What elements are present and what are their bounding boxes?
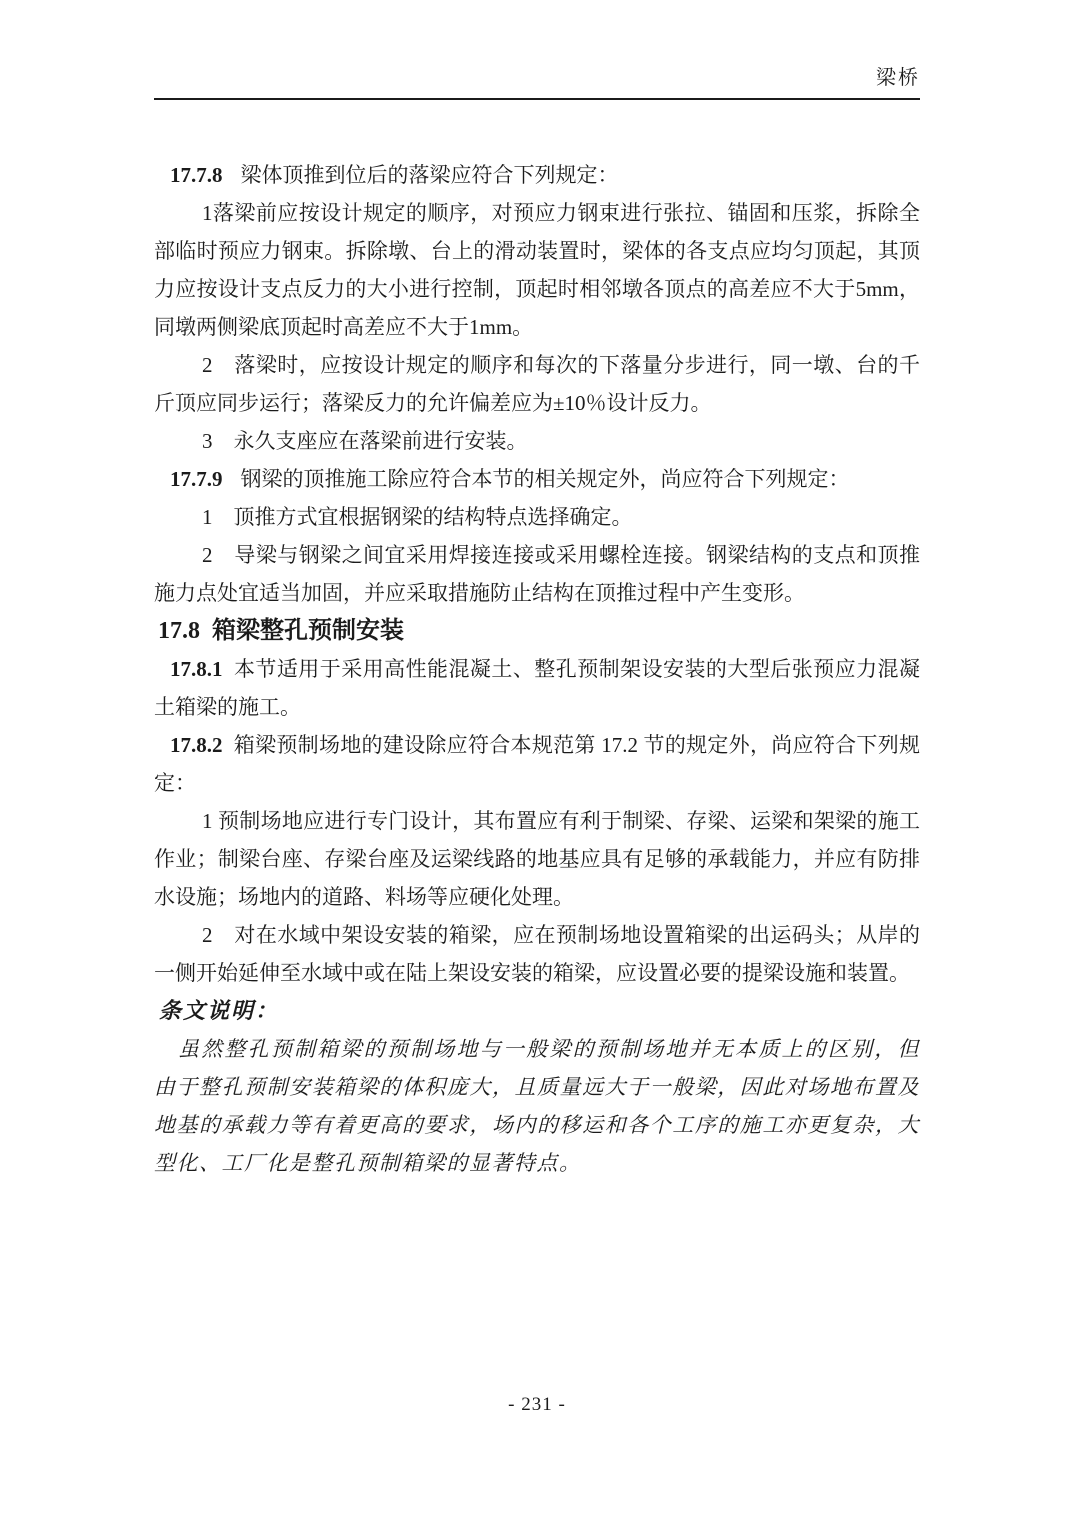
section-17-8-heading: 17.8箱梁整孔预制安装 bbox=[154, 612, 920, 650]
clause-17-8-2-item-2: 2 对在水域中架设安装的箱梁，应在预制场地设置箱梁的出运码头；从岸的一侧开始延伸… bbox=[154, 916, 920, 992]
clause-number: 17.8.1 bbox=[170, 657, 223, 681]
clause-17-7-8-item-3: 3 永久支座应在落梁前进行安装。 bbox=[154, 422, 920, 460]
document-body: 17.7.8梁体顶推到位后的落梁应符合下列规定： 1落梁前应按设计规定的顺序，对… bbox=[154, 156, 920, 1182]
clause-title: 梁体顶推到位后的落梁应符合下列规定： bbox=[241, 163, 619, 187]
clause-17-7-9-item-1: 1 顶推方式宜根据钢梁的结构特点选择确定。 bbox=[154, 498, 920, 536]
clause-17-8-1-paragraph: 17.8.1本节适用于采用高性能混凝土、整孔预制架设安装的大型后张预应力混凝土箱… bbox=[154, 650, 920, 726]
section-title: 箱梁整孔预制安装 bbox=[212, 618, 404, 644]
clause-17-7-8-item-1: 1落梁前应按设计规定的顺序，对预应力钢束进行张拉、锚固和压浆，拆除全部临时预应力… bbox=[154, 194, 920, 346]
page-header: 梁桥 bbox=[154, 0, 920, 100]
running-title: 梁桥 bbox=[876, 67, 920, 89]
clause-number: 17.7.9 bbox=[170, 467, 223, 491]
clause-17-7-8-heading: 17.7.8梁体顶推到位后的落梁应符合下列规定： bbox=[154, 156, 920, 194]
document-page: 梁桥 17.7.8梁体顶推到位后的落梁应符合下列规定： 1落梁前应按设计规定的顺… bbox=[0, 0, 1074, 1520]
clause-text: 本节适用于采用高性能混凝土、整孔预制架设安装的大型后张预应力混凝土箱梁的施工。 bbox=[154, 657, 920, 719]
clause-title: 箱梁预制场地的建设除应符合本规范第 17.2 节的规定外，尚应符合下列规定： bbox=[154, 733, 920, 795]
commentary-label: 条文说明： bbox=[154, 992, 920, 1030]
clause-17-7-9-heading: 17.7.9钢梁的顶推施工除应符合本节的相关规定外，尚应符合下列规定： bbox=[154, 460, 920, 498]
clause-17-7-9-item-2: 2 导梁与钢梁之间宜采用焊接连接或采用螺栓连接。钢梁结构的支点和顶推施力点处宜适… bbox=[154, 536, 920, 612]
section-number: 17.8 bbox=[158, 618, 200, 644]
clause-17-8-2-item-1: 1 预制场地应进行专门设计，其布置应有利于制梁、存梁、运梁和架梁的施工作业；制梁… bbox=[154, 802, 920, 916]
clause-number: 17.7.8 bbox=[170, 163, 223, 187]
commentary-text: 虽然整孔预制箱梁的预制场地与一般梁的预制场地并无本质上的区别，但由于整孔预制安装… bbox=[154, 1030, 920, 1182]
page-number: - 231 - bbox=[508, 1394, 566, 1415]
clause-17-8-2-heading: 17.8.2箱梁预制场地的建设除应符合本规范第 17.2 节的规定外，尚应符合下… bbox=[154, 726, 920, 802]
page-footer: - 231 - bbox=[0, 1394, 1074, 1416]
clause-title: 钢梁的顶推施工除应符合本节的相关规定外，尚应符合下列规定： bbox=[241, 467, 850, 491]
clause-17-7-8-item-2: 2 落梁时，应按设计规定的顺序和每次的下落量分步进行，同一墩、台的千斤顶应同步运… bbox=[154, 346, 920, 422]
clause-number: 17.8.2 bbox=[170, 733, 223, 757]
